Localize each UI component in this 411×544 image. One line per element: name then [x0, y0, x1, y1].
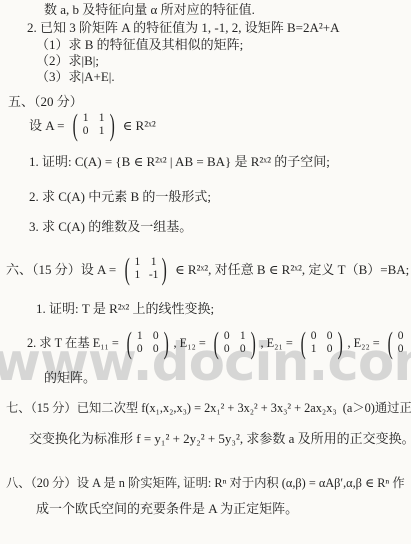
matrix-cell: 0 [222, 330, 231, 343]
matrix-cell: 1 [81, 112, 90, 125]
matrix-cell: 1 [309, 343, 318, 356]
item-text: , E₂₁ = [261, 335, 296, 352]
matrix-cell: 1 [133, 269, 142, 282]
item-text: , E₂₂ = [348, 335, 383, 352]
question-6-item-2: 2. 求 T 在基 E₁₁ = 1 0 0 0 , E₁₂ = 0 1 0 0 … [27, 330, 411, 356]
question-2-part-3: （3）求|A+E|. [36, 68, 115, 85]
matrix-cell: 1 [238, 330, 247, 343]
heading-text: ∈ R²ˣ², 对任意 B ∈ R²ˣ², 定义 T（B）=BA; [172, 261, 409, 278]
question-8-line-1: 八、（20 分）设 A 是 n 阶实矩阵, 证明: Rⁿ 对于内积 (α,β) … [6, 475, 405, 492]
matrix-cell: -1 [149, 269, 159, 282]
setup-text: 设 A = [29, 117, 68, 134]
carryover-line: 数 a, b 及特征向量 α 所对应的特征值. [44, 1, 255, 18]
matrix-cell: 1 [133, 256, 142, 269]
matrix-cell: 0 [309, 330, 318, 343]
matrix-cell: 0 [325, 343, 334, 356]
question-6-heading: 六、（15 分）设 A = 1 1 1 -1 ∈ R²ˣ², 对任意 B ∈ R… [6, 256, 409, 282]
question-7-line-2: 交变换化为标准形 f = y₁² + 2y₂² + 5y₃², 求参数 a 及所… [29, 430, 411, 447]
matrix-a-q6: 1 1 1 -1 [122, 256, 170, 282]
matrix-cell: 0 [396, 343, 405, 356]
matrix-a-q5: 1 1 0 1 [70, 112, 118, 138]
matrix-cell: 0 [151, 330, 160, 343]
matrix-cell: 1 [97, 112, 106, 125]
matrix-cell: 0 [325, 330, 334, 343]
matrix-e21: 0 0 1 0 [298, 330, 346, 356]
question-5-item-1: 1. 证明: C(A) = {B ∈ R²ˣ² | AB = BA} 是 R²ˣ… [29, 153, 330, 170]
item-text: 2. 求 T 在基 E₁₁ = [27, 335, 122, 352]
question-2-part-1: （1）求 B 的特征值及其相似的矩阵; [36, 36, 243, 53]
matrix-cell: 1 [135, 330, 144, 343]
matrix-e22: 0 0 0 1 [385, 330, 411, 356]
question-5-heading: 五、（20 分） [8, 93, 83, 110]
question-5-item-2: 2. 求 C(A) 中元素 B 的一般形式; [29, 188, 211, 205]
matrix-cell: 0 [238, 343, 247, 356]
question-8-line-2: 成一个欧氏空间的充要条件是 A 为正定矩阵。 [36, 500, 298, 517]
question-2-part-2: （2）求|B|; [36, 52, 99, 69]
matrix-e12: 0 1 0 0 [211, 330, 259, 356]
setup-text: ∈ R²ˣ² [119, 117, 155, 134]
matrix-cell: 0 [135, 343, 144, 356]
question-5-item-3: 3. 求 C(A) 的维数及一组基。 [29, 218, 192, 235]
question-6-item-1: 1. 证明: T 是 R²ˣ² 上的线性变换; [36, 300, 214, 317]
question-6-item-2-tail: 的矩阵。 [44, 369, 96, 386]
item-text: , E₁₂ = [174, 335, 209, 352]
matrix-e11: 1 0 0 0 [124, 330, 172, 356]
matrix-cell: 0 [222, 343, 231, 356]
matrix-cell: 0 [81, 125, 90, 138]
question-2-heading: 2. 已知 3 阶矩阵 A 的特征值为 1, -1, 2, 设矩阵 B=2A²+… [27, 19, 340, 36]
heading-text: 六、（15 分）设 A = [6, 261, 120, 278]
matrix-cell: 1 [149, 256, 159, 269]
matrix-cell: 1 [97, 125, 106, 138]
matrix-cell: 0 [151, 343, 160, 356]
question-5-setup: 设 A = 1 1 0 1 ∈ R²ˣ² [29, 112, 156, 138]
exam-page: www.docin.com 数 a, b 及特征向量 α 所对应的特征值. 2.… [0, 0, 411, 544]
matrix-cell: 0 [396, 330, 405, 343]
question-7-line-1: 七、（15 分）已知二次型 f(x₁,x₂,x₃) = 2x₁² + 3x₂² … [6, 400, 411, 417]
